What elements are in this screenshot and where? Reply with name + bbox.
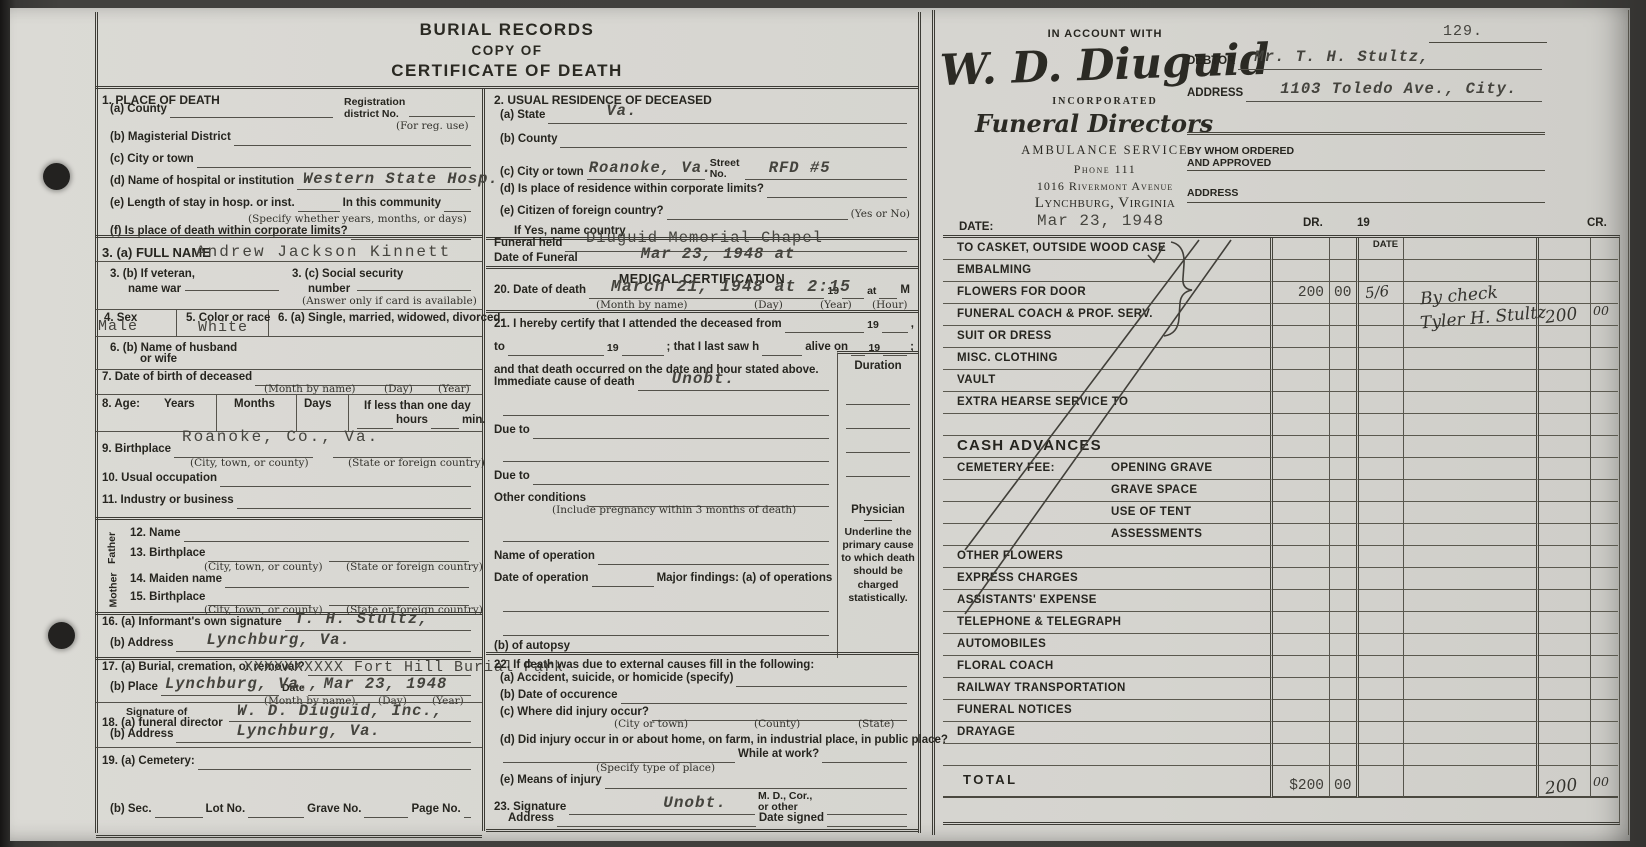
- ledger-description-cell: [1404, 524, 1539, 546]
- ledger-item-label-cell: EMBALMING: [943, 260, 1273, 282]
- in-community-line: [444, 199, 471, 212]
- ledger-dr-dollars-cell: [1273, 348, 1330, 370]
- ledger-item-label-cell: GRAVE SPACE: [943, 480, 1273, 502]
- ledger-date-cell: [1359, 260, 1404, 282]
- ledger-dr-dollars-cell: [1273, 634, 1330, 656]
- ledger-dr-dollars-cell: [1273, 744, 1330, 766]
- informant-signature-value: T. H. Stultz,: [295, 611, 429, 627]
- due-to-1-label: Due to: [494, 425, 530, 439]
- ledger-dr-cents-cell: [1330, 678, 1359, 700]
- ledger-row: TOTAL $200 00 200 00: [943, 766, 1619, 798]
- ledger-cr-cents-cell: 00: [1591, 304, 1618, 326]
- ledger-date-cell: [1359, 700, 1404, 722]
- ledger-row: CASH ADVANCES: [943, 436, 1619, 458]
- cemetery-page-label: Page No.: [411, 804, 460, 818]
- section-place-of-death: 1. PLACE OF DEATH Registration district …: [96, 88, 482, 235]
- ledger-cr-cents-cell: [1591, 502, 1618, 524]
- ledger-cr-dollars-cell: [1539, 326, 1591, 348]
- ledger-cr-cents-cell: [1591, 656, 1618, 678]
- ledger-row: OTHER FLOWERS: [943, 546, 1619, 568]
- father-side-label: Father: [106, 532, 118, 564]
- cemetery-lot-line: [248, 805, 304, 818]
- ledger-cr-dollars-cell: [1539, 502, 1591, 524]
- ledger-description-cell: [1404, 634, 1539, 656]
- father-birthplace-note-2: (State or foreign country): [346, 562, 483, 573]
- birthplace-line-1: [174, 445, 313, 458]
- ledger-date-cell: [1359, 546, 1404, 568]
- ledger-date-cell: [1359, 414, 1404, 436]
- certify-line1-year-line: [882, 320, 908, 333]
- residence-heading: 2. USUAL RESIDENCE OF DECEASED: [494, 93, 712, 107]
- while-at-work-label: While at work?: [738, 749, 819, 763]
- father-name-label: 12. Name: [130, 528, 181, 542]
- ledger-item-label-cell: EXTRA HEARSE SERVICE TO: [943, 392, 1273, 414]
- means-of-injury-line: [605, 776, 907, 789]
- page-title: BURIAL RECORDS: [96, 20, 918, 40]
- ledger-dr-cents-cell: [1330, 458, 1359, 480]
- ledger-cr-cents-cell: [1591, 612, 1618, 634]
- physician-rule: [864, 520, 892, 521]
- ledger-cr-cents-cell: [1591, 370, 1618, 392]
- ledger-date-cell: [1359, 634, 1404, 656]
- informant-address-label: (b) Address: [110, 638, 173, 652]
- ledger-cr-dollars-cell: [1539, 414, 1591, 436]
- ledger-cr-dollars-cell: [1539, 348, 1591, 370]
- industry-label: 11. Industry or business: [102, 495, 234, 509]
- ledger-item-label-cell: EXPRESS CHARGES: [943, 568, 1273, 590]
- ledger-description-cell: [1404, 260, 1539, 282]
- account-page-number: 129.: [1443, 24, 1483, 39]
- registration-label-2: district No.: [344, 109, 399, 122]
- ledger-cr-cents-cell: [1591, 634, 1618, 656]
- residence-city-label: (c) City or town: [500, 167, 584, 181]
- ledger-dr-cents-cell: [1330, 568, 1359, 590]
- citizen-note: (Yes or No): [851, 209, 910, 220]
- ledger-dr-cents-cell: [1330, 260, 1359, 282]
- ledger-cr-dollars-cell: [1539, 282, 1591, 304]
- veteran-line: [185, 278, 279, 291]
- ledger-cr-dollars-cell: [1539, 568, 1591, 590]
- ledger-row: AUTOMOBILES: [943, 634, 1619, 656]
- ledger-rows: TO CASKET, OUTSIDE WOOD CASE EMBALMING F…: [943, 238, 1619, 798]
- veteran-name-war-label: name war: [128, 284, 181, 298]
- ledger-cr-dollars-cell: [1539, 700, 1591, 722]
- ledger-dr-dollars-cell: [1273, 414, 1330, 436]
- ledger-item-label-cell: TELEPHONE & TELEGRAPH: [943, 612, 1273, 634]
- ledger-date-cell: [1359, 348, 1404, 370]
- registration-note: (For reg. use): [396, 121, 469, 132]
- section-full-name: 3. (a) FULL NAME Andrew Jackson Kinnett: [96, 235, 482, 264]
- father-birthplace-note-1: (City, town, or county): [204, 562, 323, 573]
- ledger-date-cell: [1359, 678, 1404, 700]
- burial-date-value: Mar 23, 1948: [324, 676, 448, 692]
- occupation-label: 10. Usual occupation: [102, 473, 217, 487]
- debtor-address-value: 1103 Toledo Ave., City.: [1280, 81, 1517, 97]
- ledger-item-label-cell: OTHER FLOWERS: [943, 546, 1273, 568]
- ledger-description-cell: By check: [1404, 282, 1539, 304]
- account-page: IN ACCOUNT WITH W. D. Diuguid INCORPORAT…: [935, 12, 1630, 836]
- ledger-description-cell: [1404, 766, 1539, 798]
- scanned-burial-record: BURIAL RECORDS COPY OF CERTIFICATE OF DE…: [0, 0, 1646, 847]
- page-number-line: [1429, 42, 1547, 43]
- ledger-description-cell: [1404, 326, 1539, 348]
- ledger-date-cell: [1359, 502, 1404, 524]
- ledger-description-cell: Tyler H. Stultz: [1404, 304, 1539, 326]
- external-c-note-1: (City or town): [614, 719, 688, 730]
- ledger-cr-cents-cell: [1591, 282, 1618, 304]
- color-race-value: White: [198, 320, 248, 335]
- ledger-dr-cents-cell: [1330, 656, 1359, 678]
- ledger-dr-cents-cell: [1330, 414, 1359, 436]
- burial-place-line: Lynchburg, Va.,: [161, 683, 279, 696]
- ledger-cr-dollars-cell: [1539, 458, 1591, 480]
- firm-type: Funeral Directors: [975, 109, 1195, 138]
- ledger-row: SUIT OR DRESS: [943, 326, 1619, 348]
- certify-to-19: 19: [607, 343, 619, 356]
- ledger-item-label-cell: FUNERAL COACH & PROF. SERV.: [943, 304, 1273, 326]
- certify-line1-line: [785, 320, 865, 333]
- residence-city-value: Roanoke, Va.: [589, 160, 713, 176]
- ledger-cr-cents-cell: 00: [1591, 766, 1618, 798]
- sex-value: Male: [98, 319, 138, 334]
- ledger-row: [943, 744, 1619, 766]
- full-name-value: Andrew Jackson Kinnett: [196, 244, 451, 260]
- funeral-held-label: Funeral held: [494, 238, 562, 252]
- punch-hole-bottom: [48, 622, 75, 649]
- magisterial-district-line: [234, 133, 471, 146]
- ledger-dr-dollars-cell: [1273, 326, 1330, 348]
- ledger-dr-dollars-cell: [1273, 436, 1330, 458]
- means-of-injury-label: (e) Means of injury: [500, 775, 602, 789]
- ledger-description-cell: [1404, 546, 1539, 568]
- ledger-dr-dollars-cell: [1273, 678, 1330, 700]
- certify-line1-comma: ,: [911, 319, 914, 333]
- father-birthplace-label: 13. Birthplace: [130, 548, 205, 562]
- birth-date-label: 7. Date of birth of deceased: [102, 372, 252, 386]
- due-to-2-label: Due to: [494, 471, 530, 485]
- section-burial: 17. (a) Burial, cremation, or removal? X…: [96, 657, 482, 705]
- section-age: 8. Age: Years Months Days If less than o…: [96, 394, 482, 432]
- section-parents: Father Mother 12. Name 13. Birthplace (C…: [96, 517, 482, 615]
- external-c-note-3: (State): [858, 719, 894, 730]
- ledger-item-label-cell: [943, 744, 1273, 766]
- ledger-cr-dollars-cell: [1539, 524, 1591, 546]
- cemetery-sec-line: [155, 805, 203, 818]
- industry-line: [237, 496, 471, 509]
- firm-phone: Phone 111: [995, 162, 1215, 177]
- ledger-row: TELEPHONE & TELEGRAPH: [943, 612, 1619, 634]
- death-date-year-note: (Year): [820, 300, 852, 311]
- ledger-dr-cents-cell: [1330, 612, 1359, 634]
- duration-line-2: [846, 428, 910, 429]
- ledger-item-label-cell: FLOWERS FOR DOOR: [943, 282, 1273, 304]
- ledger-row: TO CASKET, OUTSIDE WOOD CASE: [943, 238, 1619, 260]
- operation-name-label: Name of operation: [494, 551, 595, 565]
- father-name-line: [184, 529, 469, 542]
- mother-side-label: Mother: [108, 573, 120, 608]
- ledger-cr-cents-cell: [1591, 392, 1618, 414]
- ordered-by-label-2: AND APPROVED: [1187, 158, 1271, 171]
- cemetery-sec-label: (b) Sec.: [110, 804, 152, 818]
- ledger-date-cell: [1359, 480, 1404, 502]
- ledger-dr-cents-cell: [1330, 590, 1359, 612]
- ledger-cr-cents-cell: [1591, 678, 1618, 700]
- burial-date-line: Mar 23, 1948: [308, 683, 471, 696]
- date-signed-label: Date signed: [759, 813, 824, 827]
- ledger-row: DRAYAGE: [943, 722, 1619, 744]
- ssn-note: (Answer only if card is available): [302, 296, 477, 307]
- ledger-cr-dollars-cell: [1539, 590, 1591, 612]
- ledger-item-label-cell: AUTOMOBILES: [943, 634, 1273, 656]
- ledger-date-cell: [1359, 392, 1404, 414]
- funeral-date-value: Mar 23, 1948 at: [641, 246, 796, 262]
- external-b-line: [621, 691, 907, 704]
- ledger-dr-cents-cell: [1330, 700, 1359, 722]
- birthplace-label: 9. Birthplace: [102, 444, 171, 458]
- section-spouse: 6. (b) Name of husband or wife: [96, 336, 482, 370]
- length-of-stay-label: (e) Length of stay in hosp. or inst.: [110, 198, 295, 212]
- ledger-description-cell: [1404, 656, 1539, 678]
- cause-extra-line: [503, 403, 829, 416]
- cemetery-label: 19. (a) Cemetery:: [102, 756, 195, 770]
- street-label-2: No.: [710, 169, 727, 182]
- findings-extra-line-2: [503, 623, 829, 636]
- ledger-row: ASSISTANTS' EXPENSE: [943, 590, 1619, 612]
- operation-name-line: [598, 552, 829, 565]
- section-funeral-held: Diuguid Memorial Chapel Funeral held Dat…: [486, 237, 918, 269]
- funeral-date-line: Mar 23, 1948 at: [581, 254, 907, 267]
- approved-address-label: ADDRESS: [1187, 188, 1238, 201]
- ledger-description-cell: [1404, 612, 1539, 634]
- death-date-day-note: (Day): [754, 300, 783, 311]
- external-d-label: (d) Did injury occur in or about home, o…: [500, 735, 948, 749]
- ledger-item-label-cell: SUIT OR DRESS: [943, 326, 1273, 348]
- account-date-stamp: Mar 23, 1948: [1037, 213, 1164, 229]
- ledger-dr-cents-cell: [1330, 238, 1359, 260]
- ledger-date-cell: [1359, 304, 1404, 326]
- ledger-row: EMBALMING: [943, 260, 1619, 282]
- ledger-cr-cents-cell: [1591, 590, 1618, 612]
- residence-street-line: RFD #5: [745, 167, 907, 180]
- ledger-description-cell: [1404, 678, 1539, 700]
- birthplace-line-2: [333, 445, 471, 458]
- death-date-line: March 21, 1948 at 2:15: [589, 286, 824, 299]
- spouse-label-2: or wife: [140, 354, 177, 368]
- ledger-date-cell: [1359, 766, 1404, 798]
- ledger-table: TO CASKET, OUTSIDE WOOD CASE EMBALMING F…: [943, 235, 1620, 825]
- certificate-left-column: 1. PLACE OF DEATH Registration district …: [96, 88, 482, 836]
- ledger-item-label-cell: MISC. CLOTHING: [943, 348, 1273, 370]
- marital-status-label: 6. (a) Single, married, widowed, divorce…: [278, 313, 504, 327]
- physician-note: Underline the primary cause to which dea…: [840, 526, 916, 605]
- ledger-item-label-cell: ASSESSMENTS: [943, 524, 1273, 546]
- operation-date-line: [592, 574, 654, 587]
- ledger-item-label-cell: FLORAL COACH: [943, 656, 1273, 678]
- ledger-dr-dollars-cell: [1273, 392, 1330, 414]
- year-column-label: 19: [1357, 218, 1370, 232]
- ledger-cr-dollars-cell: [1539, 238, 1591, 260]
- debtor-value: Mr. T. H. Stultz,: [1254, 49, 1429, 65]
- funeral-date-label: Date of Funeral: [494, 253, 578, 267]
- director-signature-line: W. D. Diuguid, Inc.,: [229, 709, 471, 722]
- ledger-dr-cents-cell: [1330, 634, 1359, 656]
- ledger-description-cell: [1404, 458, 1539, 480]
- other-conditions-note: (Include pregnancy within 3 months of de…: [552, 505, 796, 516]
- ledger-dr-cents-cell: [1330, 524, 1359, 546]
- ledger-date-cell: [1359, 612, 1404, 634]
- director-address-value: Lynchburg, Va.: [236, 723, 380, 739]
- ledger-cr-cents-cell: [1591, 546, 1618, 568]
- date-signed-line: [827, 814, 907, 827]
- age-days-label: Days: [304, 399, 332, 413]
- due-to-2-line: [533, 472, 829, 485]
- duration-line-3: [846, 452, 910, 453]
- age-min-line: [431, 416, 459, 429]
- ledger-row: [943, 414, 1619, 436]
- ledger-row: EXTRA HEARSE SERVICE TO: [943, 392, 1619, 414]
- cr-column-label: CR.: [1587, 218, 1607, 232]
- birthplace-value: Roanoke, Co., Va.: [182, 429, 379, 445]
- birth-date-day-note: (Day): [384, 384, 413, 395]
- death-date-hour-line: [879, 286, 897, 299]
- physician-address-line: [557, 814, 756, 827]
- ledger-row: GRAVE SPACE: [943, 480, 1619, 502]
- age-divider-2: [296, 395, 297, 432]
- ledger-description-cell: [1404, 502, 1539, 524]
- hospital-value: Western State Hosp.: [303, 171, 499, 187]
- ledger-description-cell: [1404, 590, 1539, 612]
- burial-place-label: (b) Place: [110, 682, 158, 696]
- ledger-dr-dollars-cell: [1273, 238, 1330, 260]
- due-to-1-line: [533, 426, 829, 439]
- ledger-description-cell: [1404, 436, 1539, 458]
- ledger-item-label-cell: DRAYAGE: [943, 722, 1273, 744]
- ledger-cr-cents-cell: [1591, 326, 1618, 348]
- ledger-dr-dollars-cell: [1273, 524, 1330, 546]
- director-signature-value: W. D. Diuguid, Inc.,: [237, 703, 443, 719]
- ledger-cr-dollars-cell: [1539, 546, 1591, 568]
- page-subtitle-1: COPY OF: [96, 43, 918, 58]
- ledger-dr-cents-cell: [1330, 502, 1359, 524]
- hospital-label: (d) Name of hospital or institution: [110, 176, 294, 190]
- ledger-cr-cents-cell: [1591, 436, 1618, 458]
- magisterial-district-label: (b) Magisterial District: [110, 132, 231, 146]
- cause-of-death-label: Immediate cause of death: [494, 377, 635, 391]
- ledger-description-cell: [1404, 348, 1539, 370]
- major-findings-label: Major findings: (a) of operations: [657, 573, 833, 587]
- ledger-date-cell: [1359, 326, 1404, 348]
- approved-address-line: [1187, 202, 1545, 203]
- debtor-label: DEBTOR: [1187, 56, 1235, 70]
- ledger-cr-cents-cell: [1591, 524, 1618, 546]
- section-cemetery: 19. (a) Cemetery: (b) Sec. Lot No. Grave…: [96, 747, 482, 838]
- other-extra-line: [503, 529, 829, 542]
- city-or-town-label: (c) City or town: [110, 154, 194, 168]
- ledger-description-cell: [1404, 480, 1539, 502]
- ledger-cr-dollars-cell: [1539, 480, 1591, 502]
- ledger-cr-cents-cell: [1591, 238, 1618, 260]
- ledger-date-cell: [1359, 524, 1404, 546]
- age-divider-1: [216, 395, 217, 432]
- section-residence: 2. USUAL RESIDENCE OF DECEASED (a) State…: [486, 88, 918, 237]
- physician-label: Physician: [838, 504, 918, 516]
- debtor-divider: [1187, 132, 1545, 135]
- length-of-stay-note: (Specify whether years, months, or days): [248, 214, 467, 225]
- ledger-dr-cents-cell: [1330, 304, 1359, 326]
- ledger-description-cell: [1404, 744, 1539, 766]
- certificate-middle-column: 2. USUAL RESIDENCE OF DECEASED (a) State…: [486, 88, 918, 836]
- ledger-dr-dollars-cell: [1273, 722, 1330, 744]
- ledger-cr-cents-cell: [1591, 568, 1618, 590]
- ledger-dr-dollars-cell: [1273, 700, 1330, 722]
- age-label: 8. Age:: [102, 399, 140, 413]
- residence-street-value: RFD #5: [769, 160, 831, 176]
- in-community-label: In this community: [343, 198, 441, 212]
- ledger-row: USE OF TENT: [943, 502, 1619, 524]
- residence-corporate-label: (d) Is place of residence within corpora…: [500, 184, 764, 198]
- citizen-label: (e) Citizen of foreign country?: [500, 206, 664, 220]
- residence-county-line: [560, 135, 907, 148]
- ledger-cr-dollars-cell: [1539, 612, 1591, 634]
- cemetery-grave-label: Grave No.: [307, 804, 361, 818]
- age-months-label: Months: [234, 399, 275, 413]
- section-birth-date: 7. Date of birth of deceased (Month by n…: [96, 369, 482, 395]
- ledger-dr-dollars-cell: [1273, 480, 1330, 502]
- residence-city-line: Roanoke, Va.: [587, 167, 705, 180]
- residence-state-line: Va.: [548, 111, 907, 124]
- citizen-line: [667, 207, 848, 220]
- section-external-causes: 22. If death was due to external causes …: [486, 652, 918, 832]
- external-d-note: (Specify type of place): [596, 763, 715, 774]
- length-of-stay-line: [298, 199, 340, 212]
- ledger-cr-dollars-cell: [1539, 260, 1591, 282]
- certify-saw-label: ; that I last saw h: [667, 342, 760, 356]
- due-extra-line: [503, 449, 829, 462]
- city-or-town-line: [197, 155, 471, 168]
- cemetery-page-line: [464, 805, 471, 818]
- ledger-date-cell: 5/6: [1359, 282, 1404, 304]
- ledger-dr-dollars-cell: [1273, 260, 1330, 282]
- ledger-date-cell: [1359, 458, 1404, 480]
- firm-street: 1016 Rivermont Avenue: [995, 179, 1215, 194]
- ledger-date-cell: [1359, 370, 1404, 392]
- registration-number-line: [409, 104, 475, 117]
- ledger-description-cell: [1404, 722, 1539, 744]
- ledger-cr-dollars-cell: [1539, 678, 1591, 700]
- ledger-cr-dollars-cell: [1539, 392, 1591, 414]
- certify-to-line: [508, 343, 604, 356]
- ledger-row: CEMETERY FEE:OPENING GRAVE: [943, 458, 1619, 480]
- full-name-label: 3. (a) FULL NAME: [102, 246, 211, 261]
- ledger-dr-dollars-cell: [1273, 546, 1330, 568]
- ledger-row: FUNERAL COACH & PROF. SERV. Tyler H. Stu…: [943, 304, 1619, 326]
- page-subtitle-2: CERTIFICATE OF DEATH: [96, 61, 918, 81]
- father-birthplace-line-1: [208, 549, 311, 562]
- birth-date-month-note: (Month by name): [264, 384, 356, 395]
- informant-address-line: Lynchburg, Va.: [176, 639, 471, 652]
- death-date-m: M: [900, 285, 910, 299]
- duration-sidebar: Duration Physician Underline the primary…: [837, 351, 918, 658]
- ledger-dr-dollars-cell: [1273, 370, 1330, 392]
- external-a-line: [736, 674, 907, 687]
- cemetery-grave-line: [364, 805, 408, 818]
- mother-maiden-label: 14. Maiden name: [130, 574, 222, 588]
- ledger-row: FUNERAL NOTICES: [943, 700, 1619, 722]
- county-line: [170, 105, 333, 118]
- ledger-date-cell: [1359, 590, 1404, 612]
- death-date-label: 20. Date of death: [494, 285, 586, 299]
- age-years-label: Years: [164, 399, 195, 413]
